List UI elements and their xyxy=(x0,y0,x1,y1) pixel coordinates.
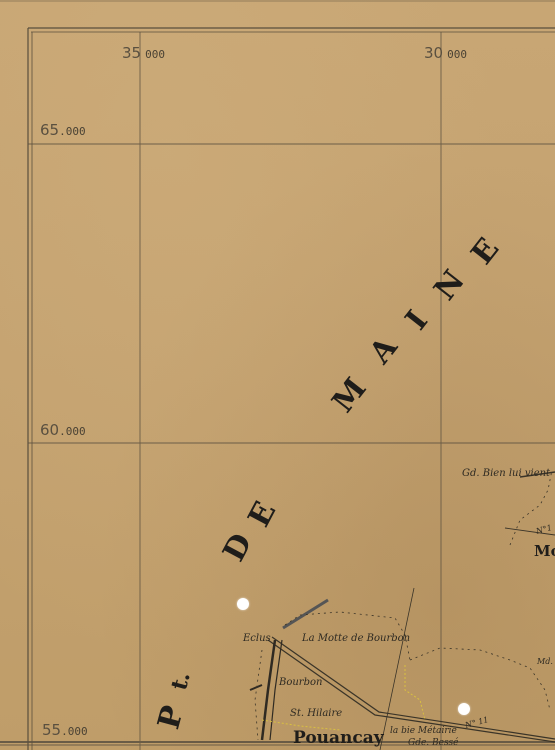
yellow-boundary xyxy=(262,665,425,730)
place-bien-lui-vient: Gd. Bien lui vient xyxy=(462,468,550,479)
place-eclus: Eclus xyxy=(243,633,271,644)
place-mo: Mo xyxy=(534,542,555,560)
grid-label-y-65: 65.000 xyxy=(40,121,86,139)
place-md: Md. xyxy=(537,657,553,666)
map-grid xyxy=(0,32,555,750)
map-frame xyxy=(0,1,555,750)
place-pouancay: Pouancay xyxy=(293,728,384,748)
grid-label-x-30: 30000 xyxy=(424,44,467,62)
place-st-hilaire: St. Hilaire xyxy=(290,708,342,719)
place-besse: Gde. Bessé xyxy=(408,738,459,748)
map-marker-1[interactable] xyxy=(237,598,249,610)
boundary-crosses xyxy=(255,470,552,740)
place-bourbon: Bourbon xyxy=(279,677,322,688)
map-lines-layer xyxy=(0,0,555,750)
grid-label-y-55: 55.000 xyxy=(42,721,88,739)
place-motte-de-bourbon: La Motte de Bourbon xyxy=(302,633,410,644)
map-marker-2[interactable] xyxy=(458,703,470,715)
river-canal xyxy=(250,640,282,740)
grid-label-x-35: 35000 xyxy=(122,44,165,62)
grid-label-y-60: 60.000 xyxy=(40,421,86,439)
place-metairie: la bie Métairie xyxy=(390,726,457,736)
